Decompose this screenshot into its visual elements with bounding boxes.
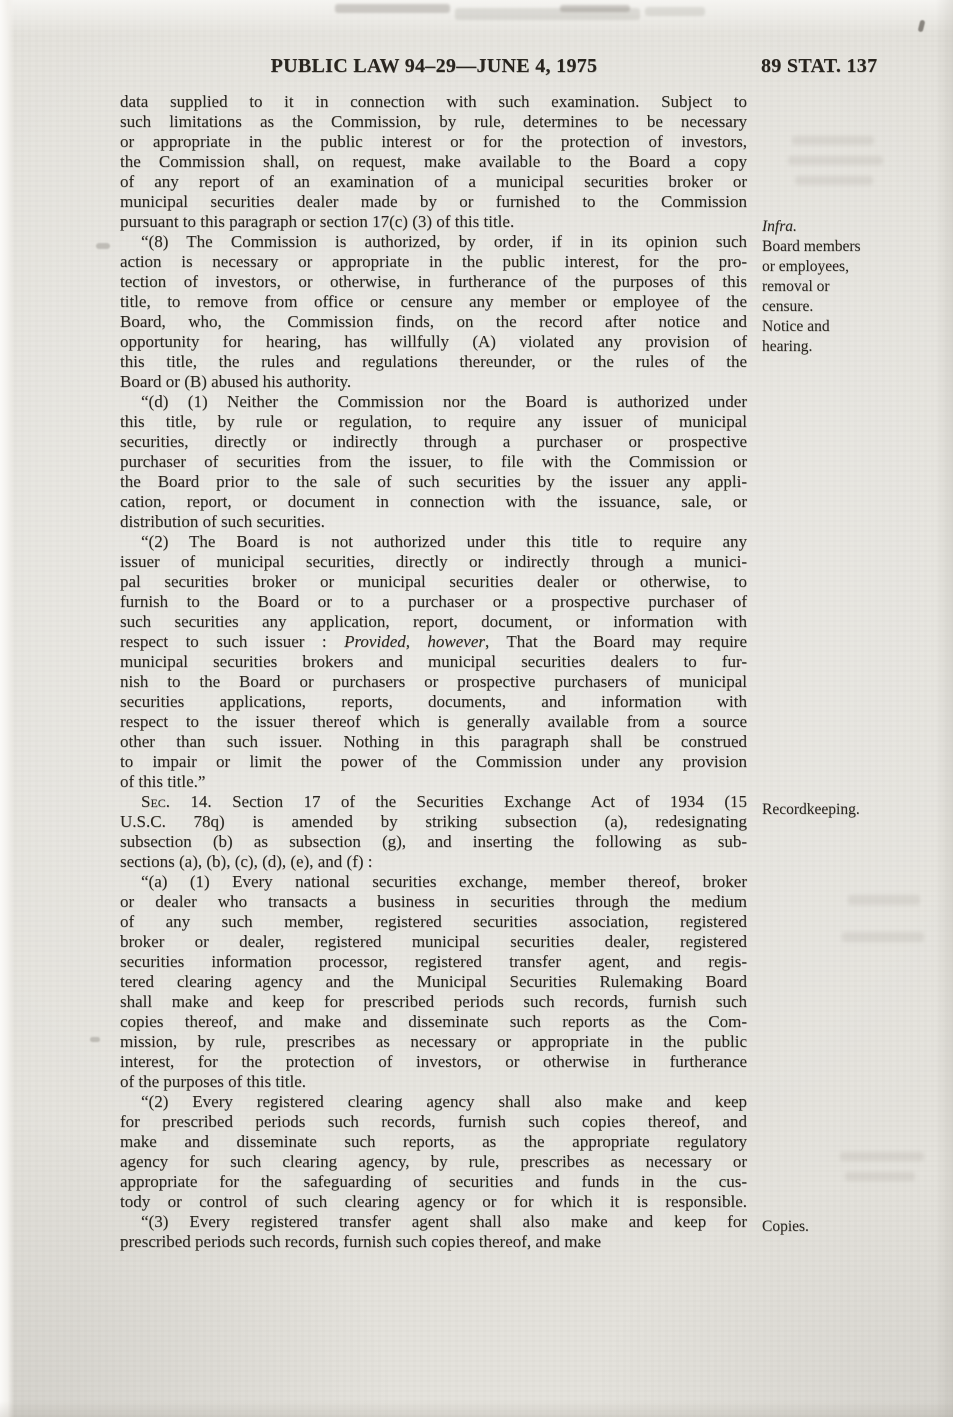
text-line: securities, directly or indirectly throu… [120, 432, 747, 452]
scan-artifact [90, 1037, 100, 1042]
text-line: “(2) Every registered clearing agency sh… [120, 1092, 747, 1112]
text-line: data supplied to it in connection with s… [120, 92, 747, 112]
text-line: make and disseminate such reports, as th… [120, 1132, 747, 1152]
text-line: for prescribed periods such records, fur… [120, 1112, 747, 1132]
text-line: of any report of an examination of a mun… [120, 172, 747, 192]
text-line: title, to remove from office or censure … [120, 292, 747, 312]
margin-note-line: censure. [762, 297, 912, 317]
text-line: interest, for the protection of investor… [120, 1052, 747, 1072]
text-line: or appropriate in the public interest or… [120, 132, 747, 152]
text-line: the Board prior to the sale of such secu… [120, 472, 747, 492]
text-line: appropriate for the safeguarding of secu… [120, 1172, 747, 1192]
text-line: sections (a), (b), (c), (d), (e), and (f… [120, 852, 747, 872]
text-line: Board or (B) abused his authority. [120, 372, 747, 392]
text-line: this title, the rules and regulations th… [120, 352, 747, 372]
text-line: of this title.” [120, 772, 747, 792]
text-line: mission, by rule, prescribes as necessar… [120, 1032, 747, 1052]
text-line: respect to such issuer : Provided, howev… [120, 632, 747, 652]
scan-edge-left [0, 0, 14, 1417]
text-line: other than such issuer. Nothing in this … [120, 732, 747, 752]
text-line: cation, report, or document in connectio… [120, 492, 747, 512]
text-line: tody or control of such clearing agency … [120, 1192, 747, 1212]
margin-note-line: Copies. [762, 1217, 912, 1237]
text-line: nish to the Board or purchasers or prosp… [120, 672, 747, 692]
text-line: “(a) (1) Every national securities excha… [120, 872, 747, 892]
text-line: “(3) Every registered transfer agent sha… [120, 1212, 747, 1232]
text-line: agency for such clearing agency, by rule… [120, 1152, 747, 1172]
paragraph: “(2) The Board is not authorized under t… [120, 532, 747, 792]
text-line: securities applications, reports, docume… [120, 692, 747, 712]
paragraph: Sec. 14. Section 17 of the Securities Ex… [120, 792, 747, 872]
text-line: purchaser of securities from the issuer,… [120, 452, 747, 472]
margin-note: Notice andhearing. [762, 317, 912, 357]
text-line: copies thereof, and make and disseminate… [120, 1012, 747, 1032]
text-line: Board, who, the Commission finds, on the… [120, 312, 747, 332]
text-line: action is necessary or appropriate in th… [120, 252, 747, 272]
scan-artifact [845, 1172, 915, 1181]
document-body: data supplied to it in connection with s… [120, 92, 747, 1252]
scan-artifact [788, 156, 883, 165]
scan-artifact [840, 1152, 924, 1161]
scan-edge-right [935, 0, 953, 1417]
text-line: distribution of such securities. [120, 512, 747, 532]
text-line: respect to the issuer thereof which is g… [120, 712, 747, 732]
statute-page-number: 89 STAT. 137 [761, 54, 941, 78]
text-line: to impair or limit the power of the Comm… [120, 752, 747, 772]
margin-note: Recordkeeping. [762, 800, 912, 820]
margin-note: Infra. [762, 217, 912, 237]
text-line: this title, by rule or regulation, to re… [120, 412, 747, 432]
paragraph: “(a) (1) Every national securities excha… [120, 872, 747, 1092]
text-line: pursuant to this paragraph or section 17… [120, 212, 747, 232]
scan-artifact [96, 243, 110, 249]
margin-note-line: Infra. [762, 217, 912, 237]
scan-artifact [842, 932, 924, 942]
paragraph: data supplied to it in connection with s… [120, 92, 747, 232]
text-line: or dealer who transacts a business in se… [120, 892, 747, 912]
text-line: “(2) The Board is not authorized under t… [120, 532, 747, 552]
text-line: of the purposes of this title. [120, 1072, 747, 1092]
scan-edge-bottom [0, 1401, 953, 1417]
text-line: opportunity for hearing, has willfully (… [120, 332, 747, 352]
text-line: the Commission shall, on request, make a… [120, 152, 747, 172]
text-line: such securities any application, report,… [120, 612, 747, 632]
text-line: such limitations as the Commission, by r… [120, 112, 747, 132]
text-line: tered clearing agency and the Municipal … [120, 972, 747, 992]
scan-artifact [792, 136, 874, 145]
text-line: securities information processor, regist… [120, 952, 747, 972]
scan-artifact [848, 895, 920, 905]
text-line: pal securities broker or municipal secur… [120, 572, 747, 592]
paragraph: “(8) The Commission is authorized, by or… [120, 232, 747, 392]
text-line: Sec. 14. Section 17 of the Securities Ex… [120, 792, 747, 812]
text-line: shall make and keep for prescribed perio… [120, 992, 747, 1012]
margin-note-line: hearing. [762, 337, 912, 357]
margin-note-line: Board members [762, 237, 912, 257]
scan-edge-top [0, 0, 953, 34]
text-line: prescribed periods such records, furnish… [120, 1232, 747, 1252]
paragraph: “(2) Every registered clearing agency sh… [120, 1092, 747, 1252]
page-title: PUBLIC LAW 94–29—JUNE 4, 1975 [120, 54, 748, 78]
text-line: issuer of municipal securities, directly… [120, 552, 747, 572]
text-line: tection of investors, or otherwise, in f… [120, 272, 747, 292]
text-line: furnish to the Board or to a purchaser o… [120, 592, 747, 612]
text-line: “(d) (1) Neither the Commission nor the … [120, 392, 747, 412]
text-line: subsection (b) as subsection (g), and in… [120, 832, 747, 852]
text-line: “(8) The Commission is authorized, by or… [120, 232, 747, 252]
text-line: municipal securities dealer made by or f… [120, 192, 747, 212]
scan-artifact [795, 176, 873, 185]
statute-page: PUBLIC LAW 94–29—JUNE 4, 1975 89 STAT. 1… [0, 0, 953, 1417]
margin-note-line: removal or [762, 277, 912, 297]
text-line: municipal securities brokers and municip… [120, 652, 747, 672]
margin-note-line: Recordkeeping. [762, 800, 912, 820]
text-line: broker or dealer, registered municipal s… [120, 932, 747, 952]
paragraph: “(d) (1) Neither the Commission nor the … [120, 392, 747, 532]
margin-note-line: Notice and [762, 317, 912, 337]
margin-note: Board membersor employees,removal orcens… [762, 237, 912, 317]
text-line: of any such member, registered securitie… [120, 912, 747, 932]
margin-note-line: or employees, [762, 257, 912, 277]
margin-note: Copies. [762, 1217, 912, 1237]
text-line: U.S.C. 78q) is amended by striking subse… [120, 812, 747, 832]
